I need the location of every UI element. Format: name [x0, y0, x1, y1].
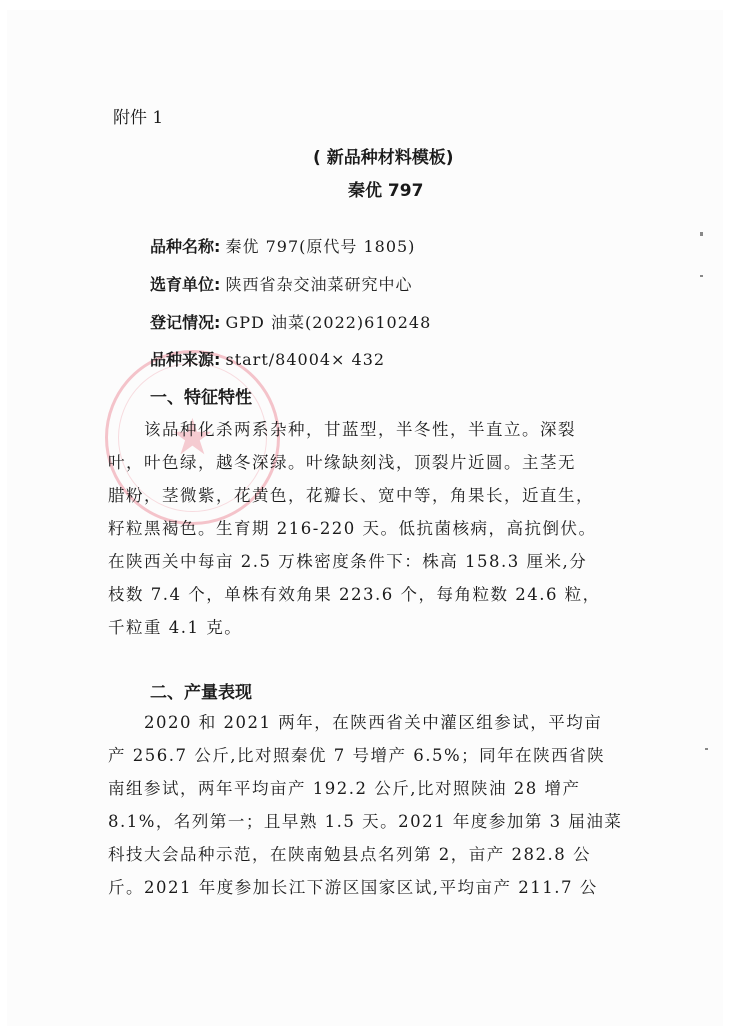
variety-title: 秦优 797 — [348, 176, 423, 201]
scan-speck — [700, 275, 703, 277]
text-line: 斤。2021 年度参加长江下游区国家区试,平均亩产 211.7 公 — [108, 871, 668, 904]
text-line: 8.1%，名列第一；且早熟 1.5 天。2021 年度参加第 3 届油菜 — [108, 805, 668, 838]
field-label: 品种名称: — [150, 237, 220, 256]
section-body-characteristics: 该品种化杀两系杂种，甘蓝型，半冬性，半直立。深裂 叶，叶色绿，越冬深绿。叶缘缺刻… — [108, 413, 668, 644]
section-body-yield: 2020 和 2021 两年，在陕西省关中灌区组参试，平均亩 产 256.7 公… — [108, 706, 668, 904]
text-line: 产 256.7 公斤,比对照秦优 7 号增产 6.5%；同年在陕西省陕 — [108, 739, 668, 772]
text-line: 籽粒黑褐色。生育期 216-220 天。低抗菌核病，高抗倒伏。 — [108, 512, 668, 545]
text-line: 在陕西关中每亩 2.5 万株密度条件下：株高 158.3 厘米,分 — [108, 545, 668, 578]
field-breeding-unit: 选育单位: 陕西省杂交油菜研究中心 — [150, 272, 413, 295]
field-label: 登记情况: — [150, 313, 220, 332]
field-value: start/84004× 432 — [226, 350, 386, 369]
field-variety-name: 品种名称: 秦优 797(原代号 1805) — [150, 234, 415, 257]
section-heading-characteristics: 一、特征特性 — [150, 383, 252, 408]
text-line: 千粒重 4.1 克。 — [108, 611, 668, 644]
text-line: 南组参试，两年平均亩产 192.2 公斤,比对照陕油 28 增产 — [108, 772, 668, 805]
scan-speck — [705, 748, 708, 750]
field-value: 秦优 797(原代号 1805) — [226, 237, 416, 256]
attachment-label: 附件 1 — [113, 103, 163, 128]
text-line: 腊粉，茎微紫，花黄色，花瓣长、宽中等，角果长，近直生， — [108, 479, 668, 512]
field-label: 选育单位: — [150, 275, 220, 294]
text-line: 叶，叶色绿，越冬深绿。叶缘缺刻浅，顶裂片近圆。主茎无 — [108, 446, 668, 479]
section-heading-yield: 二、产量表现 — [150, 678, 252, 703]
field-registration: 登记情况: GPD 油菜(2022)610248 — [150, 310, 431, 333]
field-value: GPD 油菜(2022)610248 — [226, 313, 432, 332]
text-line: 枝数 7.4 个，单株有效角果 223.6 个，每角粒数 24.6 粒， — [108, 578, 668, 611]
text-line: 2020 和 2021 两年，在陕西省关中灌区组参试，平均亩 — [108, 706, 668, 739]
scan-speck — [700, 232, 703, 236]
template-title: ( 新品种材料模板) — [313, 143, 453, 168]
text-line: 科技大会品种示范，在陕南勉县点名列第 2，亩产 282.8 公 — [108, 838, 668, 871]
text-line: 该品种化杀两系杂种，甘蓝型，半冬性，半直立。深裂 — [108, 413, 668, 446]
field-variety-source: 品种来源: start/84004× 432 — [150, 347, 385, 370]
field-value: 陕西省杂交油菜研究中心 — [226, 275, 413, 294]
field-label: 品种来源: — [150, 350, 220, 369]
